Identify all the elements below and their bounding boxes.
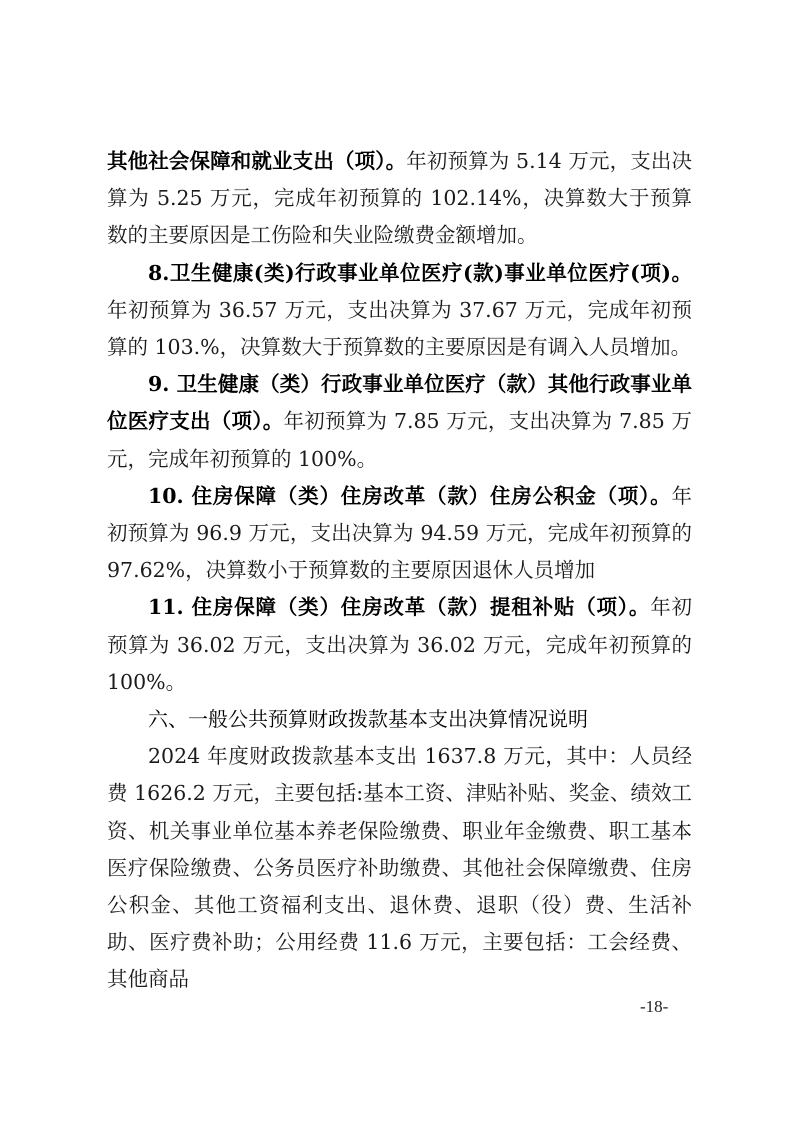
item-title: 11. 住房保障（类）住房改革（款）提租补贴（项）。 xyxy=(148,595,650,619)
item-title: 10. 住房保障（类）住房改革（款）住房公积金（项）。 xyxy=(148,484,672,508)
item-body: 年初预算为 36.57 万元，支出决算为 37.67 万元，完成年初预算的 10… xyxy=(107,298,692,359)
paragraph-item-8: 8.卫生健康(类)行政事业单位医疗(款)事业单位医疗(项)。年初预算为 36.5… xyxy=(107,255,692,367)
paragraph-item-10: 10. 住房保障（类）住房改革（款）住房公积金（项）。年初预算为 96.9 万元… xyxy=(107,478,692,590)
section-body: 2024 年度财政拨款基本支出 1637.8 万元，其中：人员经费 1626.2… xyxy=(107,738,692,998)
section-heading: 六、一般公共预算财政拨款基本支出决算情况说明 xyxy=(107,701,692,738)
paragraph-item-11: 11. 住房保障（类）住房改革（款）提租补贴（项）。年初预算为 36.02 万元… xyxy=(107,589,692,701)
item-title: 8.卫生健康(类)行政事业单位医疗(款)事业单位医疗(项)。 xyxy=(148,261,692,285)
item-title: 其他社会保障和就业支出（项）。 xyxy=(107,149,406,173)
page-number: -18- xyxy=(640,997,668,1017)
paragraph-social-security: 其他社会保障和就业支出（项）。年初预算为 5.14 万元，支出决算为 5.25 … xyxy=(107,143,692,255)
paragraph-item-9: 9. 卫生健康（类）行政事业单位医疗（款）其他行政事业单位医疗支出（项）。年初预… xyxy=(107,366,692,478)
document-page: 其他社会保障和就业支出（项）。年初预算为 5.14 万元，支出决算为 5.25 … xyxy=(107,143,692,999)
